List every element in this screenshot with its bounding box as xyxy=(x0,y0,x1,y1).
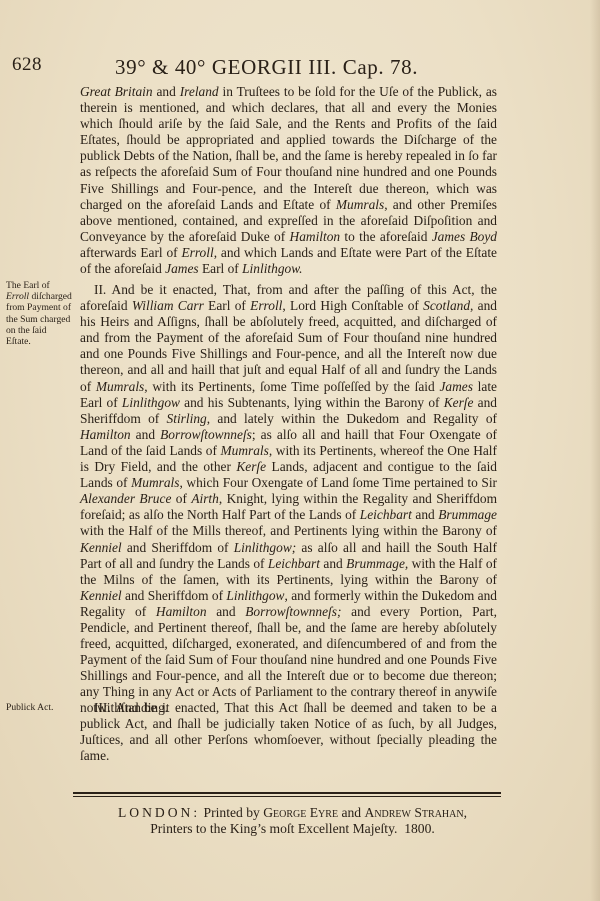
imprint-city: LONDON: xyxy=(118,805,200,820)
imprint-line-2: Printers to the King’s moſt Excellent Ma… xyxy=(60,821,525,837)
section-3-paragraph: III. And be it enacted, That this Act ſh… xyxy=(80,700,497,764)
paragraph-text: II. And be it enacted, That, from and af… xyxy=(80,282,497,717)
imprint-line-1: LONDON: Printed by George Eyre and Andre… xyxy=(60,805,525,821)
printer-name: Andrew Strahan xyxy=(365,805,464,820)
paragraph-text: Great Britain and Ireland in Truſtees to… xyxy=(80,84,497,277)
page-number: 628 xyxy=(12,54,42,76)
imprint-rule xyxy=(73,792,501,797)
document-page: 628 39° & 40° GEORGII III. Cap. 78. Grea… xyxy=(0,0,600,901)
running-head: 39° & 40° GEORGII III. Cap. 78. xyxy=(115,55,418,80)
margin-note-section-3: Publick Act. xyxy=(6,702,72,713)
continuation-paragraph: Great Britain and Ireland in Truſtees to… xyxy=(80,84,497,277)
imprint-year: 1800. xyxy=(404,821,435,836)
page-edge-shadow xyxy=(590,0,600,901)
printer-name: George Eyre xyxy=(263,805,338,820)
section-2-paragraph: II. And be it enacted, That, from and af… xyxy=(80,282,497,717)
margin-note-section-2: The Earl of Erroll diſcharged from Payme… xyxy=(6,280,72,347)
paragraph-text: III. And be it enacted, That this Act ſh… xyxy=(80,700,497,764)
imprint: LONDON: Printed by George Eyre and Andre… xyxy=(60,805,525,837)
